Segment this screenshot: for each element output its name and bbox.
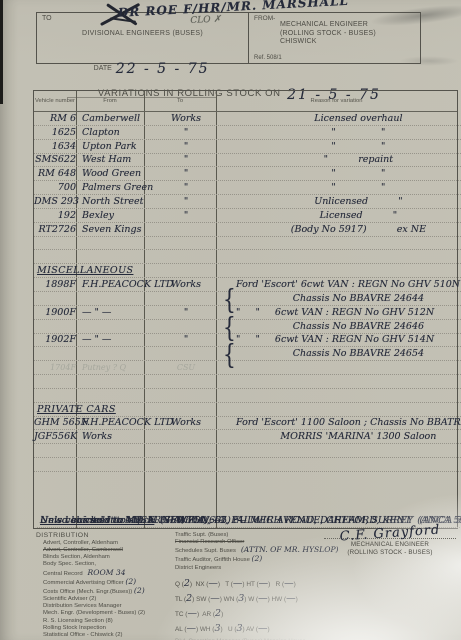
table-header-row: Vehicle number From To Reason for variat…	[34, 91, 457, 112]
distribution-item: Advert, Controller, Aldenham	[36, 540, 178, 547]
cell-to: CSU	[150, 362, 222, 374]
cell-to: "	[150, 196, 222, 208]
table-row: RT2726Seven Kings(Body No 5917) ex NE	[34, 223, 461, 237]
cell-reason: Licensed "	[222, 210, 461, 222]
cell-reason: (Body No 5917) ex NE	[222, 224, 461, 236]
cell-reason: Licensed overhaul	[222, 113, 461, 125]
cell-to: "	[150, 141, 222, 153]
cell-reason: Ford 'Escort' 1100 Saloon ; Chassis No B…	[222, 417, 461, 429]
cell-from: Seven Kings	[79, 224, 150, 236]
distribution-left-list: Advert, Controller, AldenhamAdvert, Cont…	[36, 540, 178, 640]
distribution-item: Scientific Adviser (2)	[36, 596, 178, 603]
from-address: MECHANICAL ENGINEER (ROLLING STOCK - BUS…	[280, 21, 376, 47]
table-row-section: MISCELLANEOUS	[34, 264, 461, 278]
table-row: 1898FF.H.PEACOCK LTDWorksFord 'Escort' 6…	[34, 278, 461, 292]
distribution-left-column: DISTRIBUTION Advert, Controller, Aldenha…	[36, 532, 178, 640]
cell-to: "	[150, 127, 222, 139]
cell-reason: " "	[222, 168, 461, 180]
from-line: CHISWICK	[280, 38, 376, 47]
cell-reason: " repaint	[222, 154, 461, 166]
table-row: 1625Clapton"" "	[34, 126, 461, 140]
cell-from: F.H.PEACOCK LTD	[79, 279, 150, 291]
distribution-item: AL (—) WH (3) U (3) AV (—)	[175, 622, 360, 637]
cell-reason: Unlicensed "E	[222, 196, 461, 208]
brace-mark: {	[223, 291, 236, 307]
cell-reason: Ford 'Escort' 6cwt VAN : REGN No GHV 510…	[222, 279, 461, 291]
to-value: DIVISIONAL ENGINEERS (BUSES)	[37, 30, 248, 37]
table-row-blank	[34, 375, 461, 389]
from-line: MECHANICAL ENGINEER	[280, 21, 376, 30]
table-row-blank	[34, 444, 461, 458]
table-row: JGF556KWorksMORRIS 'MARINA' 1300 Saloon	[34, 430, 461, 444]
cell-from: Putney ? Q	[79, 362, 150, 374]
distribution-item: District Engineers	[175, 565, 360, 572]
cell-reason: Chassis No BBAVRE 24654	[222, 348, 461, 360]
cell-vehicle-number: RM 648	[34, 168, 79, 180]
section-heading: PRIVATE CARS	[37, 404, 461, 416]
table-row-blank	[34, 237, 461, 251]
cell-from: Upton Park	[79, 141, 150, 153]
cell-vehicle-number: JGF556K	[34, 431, 79, 443]
cell-reason: Chassis No BBAVRE 24644	[222, 293, 461, 305]
cell-vehicle-number: 1634	[34, 141, 79, 153]
distribution-title: DISTRIBUTION	[36, 532, 178, 539]
cell-to: Works	[150, 113, 222, 125]
cell-vehicle-number: 1900F	[34, 307, 79, 319]
col-header-to: To	[144, 98, 216, 105]
table-row-blank	[34, 250, 461, 264]
col-header-vehicle-number: Vehicle number	[34, 98, 76, 105]
distribution-item: TL (2) SW (—) WN (3) W (—) HW (—)	[175, 592, 360, 607]
distribution-item: TC (—) AR (2)	[175, 607, 360, 622]
distribution-item: Rolling Stock Inspection	[36, 625, 178, 632]
cell-to: "	[150, 154, 222, 166]
cell-to: Works	[150, 279, 222, 291]
table-row-pencil: 1704FPutney ? QCSU	[34, 361, 461, 375]
reference-number: Ref. 508/1	[254, 55, 282, 61]
cell-vehicle-number: GHM 565N	[34, 417, 79, 429]
cell-from: Clapton	[79, 127, 150, 139]
cell-from: West Ham	[79, 154, 150, 166]
cell-vehicle-number: 192	[34, 210, 79, 222]
cell-from: — " —	[79, 334, 150, 346]
cell-to: "	[150, 334, 222, 346]
cell-from: Works	[79, 431, 150, 443]
table-row: Chassis No BBAVRE 24654	[34, 347, 461, 361]
distribution-item: R. S. Licensing Section (8)	[36, 618, 178, 625]
brace-mark: {	[223, 346, 236, 362]
table-row: Chassis No BBAVRE 24644	[34, 292, 461, 306]
distribution-item: Q (2) NX (—) T (—) HT (—) R (—)	[175, 577, 360, 592]
cell-from: North Street	[79, 196, 150, 208]
table-row: DMS 293North Street"Unlicensed "E	[34, 195, 461, 209]
cell-vehicle-number: RM 6	[34, 113, 79, 125]
table-row: RM 648Wood Green"" "	[34, 167, 461, 181]
cell-from: F.H.PEACOCK LTD	[79, 417, 150, 429]
table-row-blank	[34, 458, 461, 472]
table-row: SMS622West Ham"" repaint	[34, 154, 461, 168]
cell-from: Palmers Green	[79, 182, 150, 194]
distribution-item: Commercial Advertising Officer (2)	[36, 578, 178, 587]
cell-from: Wood Green	[79, 168, 150, 180]
to-label: TO	[42, 15, 52, 22]
table-row: 700Palmers Green"" "	[34, 181, 461, 195]
cell-from: Camberwell	[79, 113, 150, 125]
section-heading: MISCELLANEOUS	[37, 265, 461, 277]
distribution-item: Advert, Controller, Camberwell	[36, 547, 178, 554]
col-header-reason: Reason for variation	[216, 98, 457, 105]
distribution-item: Blinds Section, Aldenham	[36, 554, 178, 561]
distribution-item: Central Record ROOM 34	[36, 569, 178, 578]
cell-reason: Chassis No BBAVRE 24646	[222, 321, 461, 333]
table-row: 192Bexley"Licensed "	[34, 209, 461, 223]
distribution-item: Traffic Auditor, Griffith House (2)	[175, 555, 360, 564]
cell-reason: " "	[222, 182, 461, 194]
signatory-title-line: (ROLLING STOCK - BUSES)	[324, 549, 456, 557]
table-row-blank	[34, 389, 461, 403]
cell-vehicle-number: 700	[34, 182, 79, 194]
cell-vehicle-number: 1625	[34, 127, 79, 139]
table-row: GHM 565NF.H.PEACOCK LTDWorksFord 'Escort…	[34, 417, 461, 431]
table-row: 1634Upton Park"" "	[34, 140, 461, 154]
table-body: RM 6CamberwellWorksLicensed overhaul1625…	[34, 112, 457, 528]
distribution-item: Costs Office (Mech. Engr.(Buses)) (2)	[36, 587, 178, 596]
table-row: 1900F— " —"" " 6cwt VAN : REGN No GHV 51…	[34, 306, 461, 320]
district-engineer-codes: Q (2) NX (—) T (—) HT (—) R (—)TL (2) SW…	[175, 577, 360, 637]
cell-vehicle-number: SMS622	[34, 154, 79, 166]
table-row: 1902F— " —"" " 6cwt VAN : REGN No GHV 51…	[34, 334, 461, 348]
table-row: Chassis No BBAVRE 24646	[34, 320, 461, 334]
from-line: (ROLLING STOCK - BUSES)	[280, 30, 376, 39]
cell-reason: " "	[222, 141, 461, 153]
table-row-section: PRIVATE CARS	[34, 403, 461, 417]
cell-vehicle-number: 1898F	[34, 279, 79, 291]
distribution-item: Distribution Services Manager	[36, 603, 178, 610]
cell-from: Bexley	[79, 210, 150, 222]
cell-vehicle-number: 1704F	[34, 362, 79, 374]
cell-vehicle-number: RT2726	[34, 224, 79, 236]
cell-reason: MORRIS 'MARINA' 1300 Saloon	[222, 431, 461, 443]
cell-reason: " " 6cwt VAN : REGN No GHV 512N{	[222, 307, 461, 319]
cell-to: "	[150, 182, 222, 194]
cell-reason: " " 6cwt VAN : REGN No GHV 514N{	[222, 334, 461, 346]
cell-reason: " "	[222, 127, 461, 139]
brace-mark: {	[223, 319, 236, 335]
rolling-stock-table: Vehicle number From To Reason for variat…	[33, 90, 458, 529]
cell-vehicle-number: 1902F	[34, 334, 79, 346]
col-header-from: From	[76, 98, 144, 105]
distribution-item: Mech. Engr. (Development - Buses) (2)	[36, 610, 178, 617]
distribution-item: Statistical Office - Chiswick (2)	[36, 632, 178, 639]
cell-to: "	[150, 210, 222, 222]
cell-vehicle-number: DMS 293	[34, 196, 79, 208]
table-row: RM 6CamberwellWorksLicensed overhaul	[34, 112, 461, 126]
scanned-memo-page: DR ROE F/HR/MR. MARSHALL CLO ✗ TO DIVISI…	[0, 0, 461, 640]
cell-to: "	[150, 168, 222, 180]
cell-from: — " —	[79, 307, 150, 319]
signature-block: C.F. Grayford MECHANICAL ENGINEER (ROLLI…	[324, 526, 456, 556]
cell-to: "	[150, 307, 222, 319]
cell-to: Works	[150, 417, 222, 429]
